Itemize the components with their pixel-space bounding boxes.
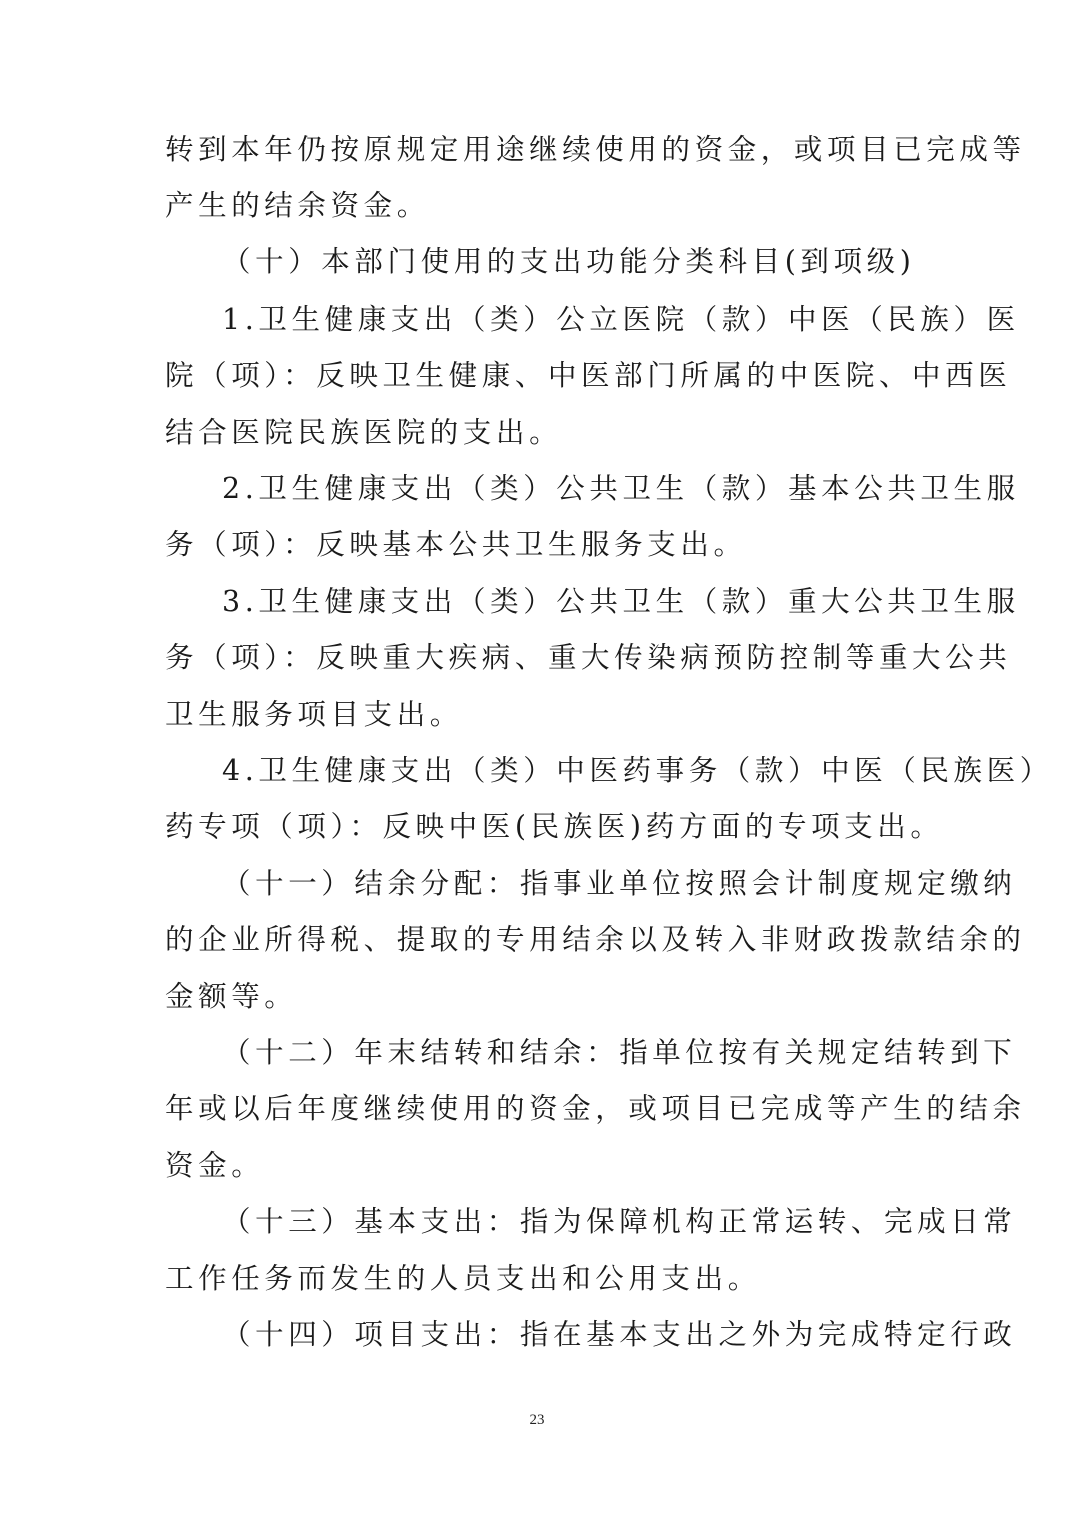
page-number: 23: [0, 1412, 1074, 1429]
text-line: 务（项）：反映基本公共卫生服务支出。: [165, 525, 913, 565]
text-line: 院（项）：反映卫生健康、中医部门所属的中医院、中西医: [165, 356, 913, 396]
text-line: 卫生服务项目支出。: [165, 695, 913, 735]
text-line: 产生的结余资金。: [165, 186, 913, 226]
text-line: 1.卫生健康支出（类）公立医院（款）中医（民族）医: [222, 300, 913, 340]
text-line: 年或以后年度继续使用的资金，或项目已完成等产生的结余: [165, 1089, 913, 1129]
text-line: 资金。: [165, 1146, 913, 1186]
text-line: （十一）结余分配：指事业单位按照会计制度规定缴纳: [222, 864, 913, 904]
document-page: 转到本年仍按原规定用途继续使用的资金，或项目已完成等产生的结余资金。（十）本部门…: [0, 0, 1074, 1520]
text-line: 转到本年仍按原规定用途继续使用的资金，或项目已完成等: [165, 130, 913, 170]
text-line: 药专项（项）：反映中医(民族医)药方面的专项支出。: [165, 807, 913, 847]
text-line: 4.卫生健康支出（类）中医药事务（款）中医（民族医）: [222, 751, 913, 791]
text-line: 工作任务而发生的人员支出和公用支出。: [165, 1259, 913, 1299]
text-line: 金额等。: [165, 977, 913, 1017]
text-line: 3.卫生健康支出（类）公共卫生（款）重大公共卫生服: [222, 582, 913, 622]
text-line: （十二）年末结转和结余：指单位按有关规定结转到下: [222, 1033, 913, 1073]
text-line: （十四）项目支出：指在基本支出之外为完成特定行政: [222, 1315, 913, 1355]
text-line: 2.卫生健康支出（类）公共卫生（款）基本公共卫生服: [222, 469, 913, 509]
text-line: 的企业所得税、提取的专用结余以及转入非财政拨款结余的: [165, 920, 913, 960]
text-line: 结合医院民族医院的支出。: [165, 413, 913, 453]
text-line: （十）本部门使用的支出功能分类科目(到项级): [222, 242, 913, 282]
text-line: 务（项）：反映重大疾病、重大传染病预防控制等重大公共: [165, 638, 913, 678]
text-line: （十三）基本支出：指为保障机构正常运转、完成日常: [222, 1202, 913, 1242]
